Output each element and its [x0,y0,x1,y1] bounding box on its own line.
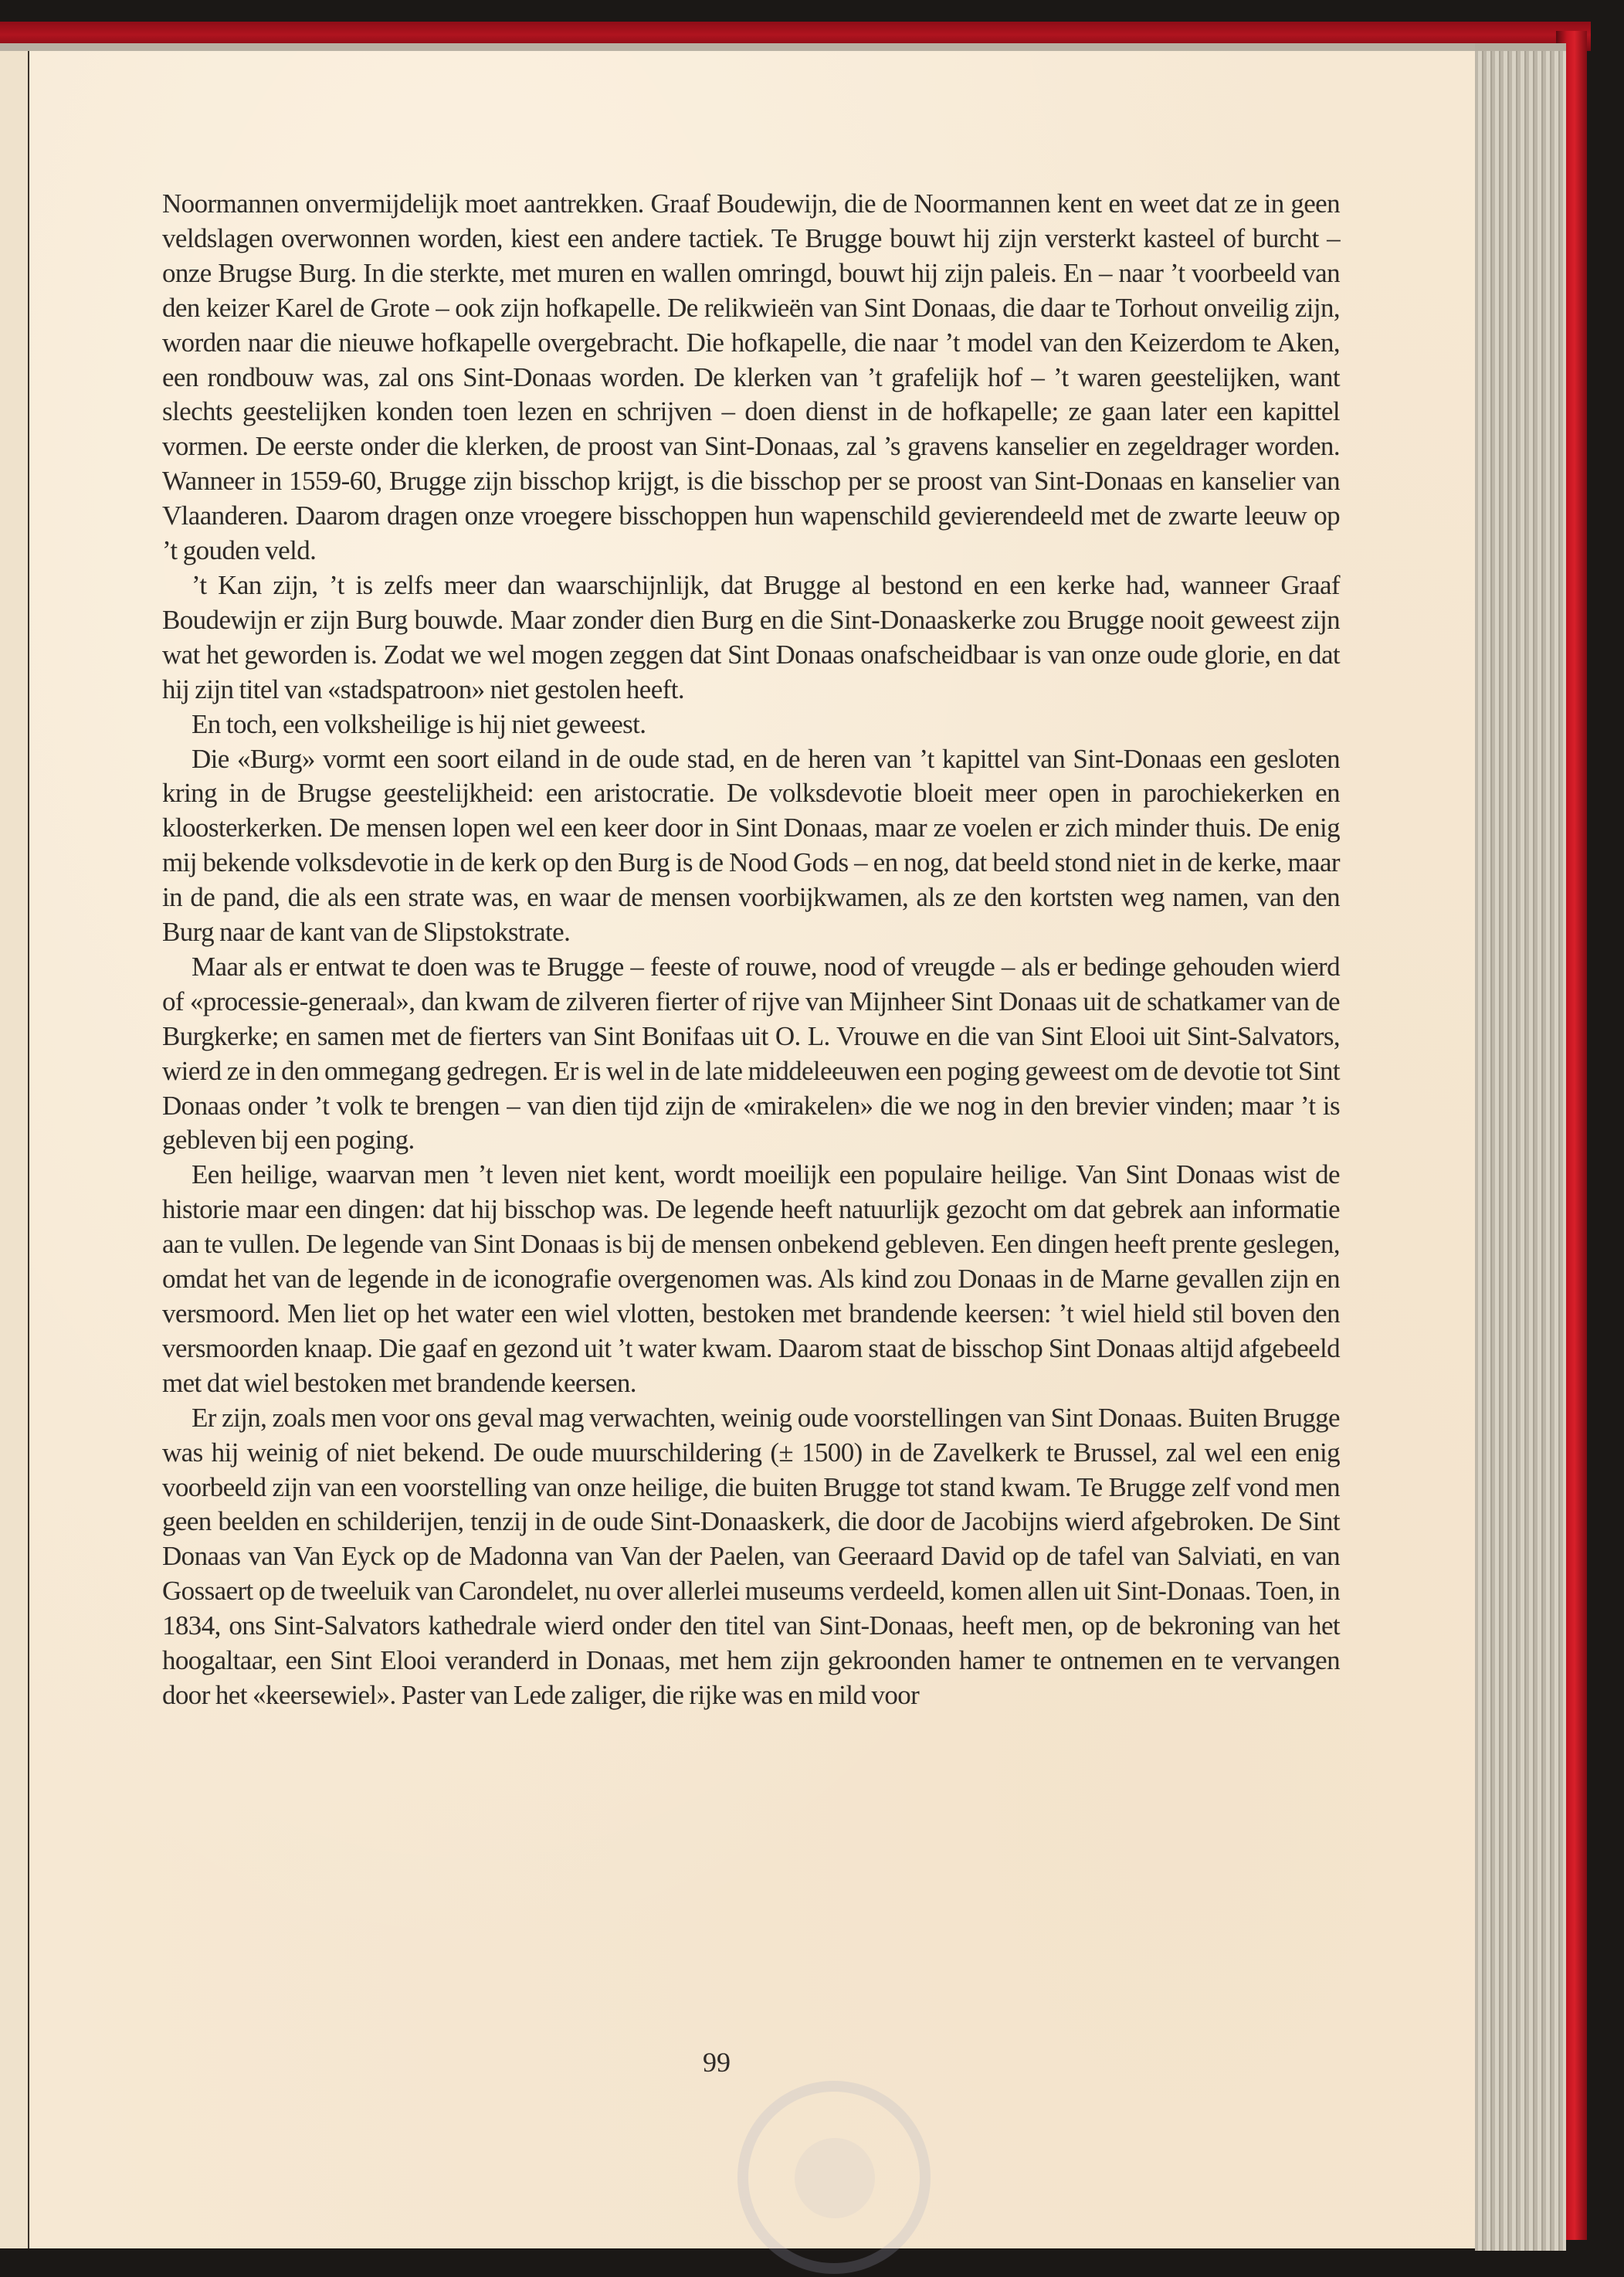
paragraph: Noormannen onvermijdelijk moet aantrekke… [162,187,1340,568]
page-number: 99 [703,2046,731,2078]
paragraph: Maar als er entwat te doen was te Brugge… [162,950,1340,1158]
paragraph: En toch, een volksheilige is hij niet ge… [162,708,1340,742]
facing-page-edge [0,51,29,2248]
paragraph: Er zijn, zoals men voor ons geval mag ve… [162,1401,1340,1713]
library-stamp-emblem [795,2138,875,2218]
body-text: Noormannen onvermijdelijk moet aantrekke… [162,187,1340,1713]
paragraph: Die «Burg» vormt een soort eiland in de … [162,742,1340,950]
book-page: Noormannen onvermijdelijk moet aantrekke… [29,51,1475,2248]
page-block-fore-edge [1475,43,1566,2251]
paragraph: ’t Kan zijn, ’t is zelfs meer dan waarsc… [162,568,1340,708]
library-stamp [737,2081,931,2274]
paragraph: Een heilige, waarvan men ’t leven niet k… [162,1158,1340,1400]
